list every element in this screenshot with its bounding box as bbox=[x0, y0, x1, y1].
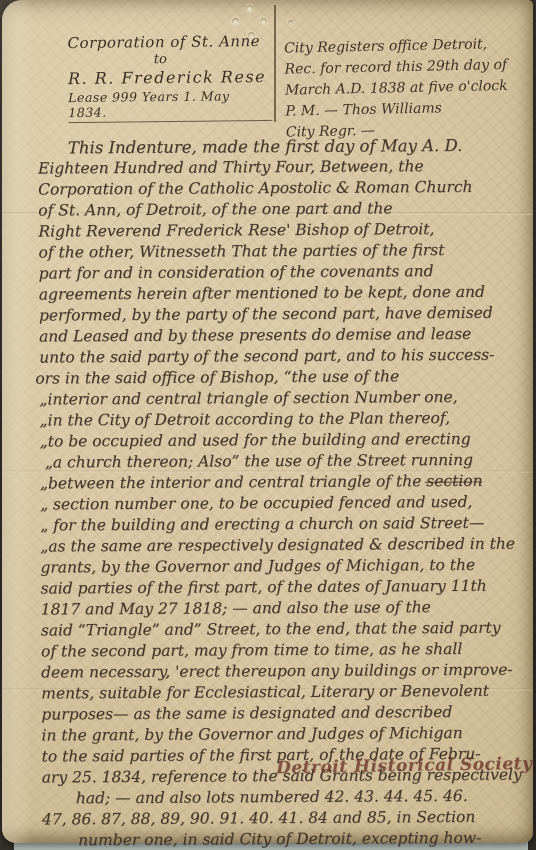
deed-body-text: This Indenture, made the first day of Ma… bbox=[38, 134, 536, 850]
handwritten-line: Corporation of the Catholic Apostolic & … bbox=[38, 176, 534, 200]
docket-to: to bbox=[154, 51, 272, 67]
docket-divider-rule bbox=[274, 5, 276, 122]
handwritten-line: of the second part, may from time to tim… bbox=[41, 638, 536, 662]
handwritten-line: purposes— as the same is designated and … bbox=[41, 701, 536, 725]
handwritten-line: part for and in consideration of the cov… bbox=[39, 260, 535, 284]
handwritten-line: agreements herein after mentioned to be … bbox=[39, 281, 535, 305]
aged-paper: Corporation of St. Anne to R. R. Frederi… bbox=[2, 0, 533, 843]
handwritten-line: 1817 and May 27 1818; — and also the use… bbox=[41, 596, 536, 620]
docket-box: Corporation of St. Anne to R. R. Frederi… bbox=[68, 32, 273, 123]
handwritten-line: ors in the said office of Bishop, “the u… bbox=[35, 365, 535, 389]
handwritten-line: and Leased and by these presents do demi… bbox=[39, 323, 535, 347]
handwritten-line: ments, suitable for Ecclesiastical, Lite… bbox=[41, 680, 536, 704]
handwritten-line: said “Triangle” and” Street, to the end,… bbox=[41, 617, 536, 641]
handwritten-line: „as the same are respectively designated… bbox=[40, 533, 536, 557]
docket-grantee: R. R. Frederick Rese bbox=[68, 67, 272, 88]
handwritten-line: Eighteen Hundred and Thirty Four, Betwee… bbox=[38, 155, 534, 179]
docket-grantor: Corporation of St. Anne bbox=[68, 32, 272, 52]
handwritten-line: „between the interior and central triang… bbox=[40, 470, 536, 494]
handwritten-line: „interior and central triangle of sectio… bbox=[39, 386, 535, 410]
handwritten-line: in the grant, by the Governor and Judges… bbox=[41, 722, 536, 746]
handwritten-line: deem necessary, 'erect thereupon any bui… bbox=[41, 659, 536, 683]
fastener-hole bbox=[260, 18, 267, 25]
handwritten-line: of the other, Witnesseth That the partie… bbox=[38, 239, 534, 263]
handwritten-line: 47, 86. 87, 88, 89, 90. 91. 40. 41. 84 a… bbox=[42, 806, 536, 830]
handwritten-line: had; — and also lots numbered 42. 43. 44… bbox=[76, 785, 536, 809]
handwritten-line: Right Reverend Frederick Rese' Bishop of… bbox=[38, 218, 534, 242]
fastener-hole bbox=[232, 18, 239, 25]
handwritten-line: number one, in said City of Detroit, exc… bbox=[78, 827, 536, 850]
docket-lease-note: Lease 999 Years 1. May 1834. bbox=[68, 88, 272, 120]
handwritten-line: „in the City of Detroit according to the… bbox=[39, 407, 535, 431]
fastener-hole bbox=[246, 5, 253, 12]
handwritten-line: performed, by the party of the second pa… bbox=[39, 302, 535, 326]
handwritten-line: „a church thereon; Also” the use of the … bbox=[45, 449, 536, 473]
paper-edge-highlight bbox=[2, 0, 32, 843]
handwritten-line: „ for the building and erecting a church… bbox=[40, 512, 536, 536]
registry-note: City Registers office Detroit,Rec. for r… bbox=[284, 33, 536, 143]
fastener-hole bbox=[288, 20, 293, 25]
handwritten-line: unto the said party of the second part, … bbox=[39, 344, 535, 368]
handwritten-line: „to be occupied and used for the buildin… bbox=[40, 428, 536, 452]
handwritten-line: This Indenture, made the first day of Ma… bbox=[68, 134, 534, 158]
scanned-document-page: Corporation of St. Anne to R. R. Frederi… bbox=[0, 0, 536, 850]
handwritten-line: of St. Ann, of Detroit, of the one part … bbox=[38, 197, 534, 221]
handwritten-line: said parties of the first part, of the d… bbox=[41, 575, 536, 599]
handwritten-line: grants, by the Governor and Judges of Mi… bbox=[40, 554, 536, 578]
handwritten-line: „ section number one, to be occupied fen… bbox=[40, 491, 536, 515]
